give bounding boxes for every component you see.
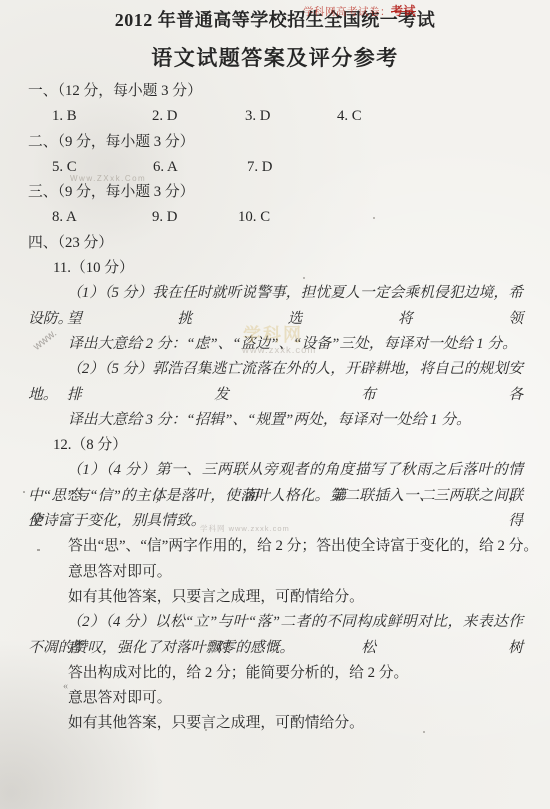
- text-line: 如有其他答案，只要言之成理，可酌情给分。: [28, 585, 523, 610]
- scanned-document-page: 2012 年普通高等学校招生全国统一考试 学科网高考试卷：考试 语文试题答案及评…: [0, 0, 550, 809]
- text-line: 11.（10 分）: [28, 256, 523, 281]
- text-line: （1）（4 分）第一、三两联从旁观者的角度描写了秋雨之后落叶的情态，而第二联: [28, 458, 523, 483]
- scan-speck: [23, 491, 25, 493]
- answer-item: 4. C: [337, 104, 362, 129]
- answer-row: 5. C6. A7. D: [28, 155, 523, 180]
- answer-key-body: 一、（12 分，每小题 3 分）1. B2. D3. D4. C二、（9 分，每…: [28, 79, 523, 737]
- text-line: 译出大意给 3 分：“招辑”、“规置”两处，每译对一处给 1 分。: [28, 408, 523, 433]
- text-line: （2）（5 分）郭浩召集逃亡流落在外的人，开辟耕地，将自己的规划安排发布各: [28, 357, 523, 382]
- text-line: 三、（9 分，每小题 3 分）: [28, 180, 523, 205]
- answer-item: 9. D: [152, 205, 177, 230]
- answer-row: 8. A9. D10. C: [28, 205, 523, 230]
- text-line: 中“思”与“信”的主体是落叶，使落叶人格化。第二联插入一、三两联之间，使得: [28, 484, 523, 509]
- answer-row: 1. B2. D3. D4. C: [28, 104, 523, 129]
- text-line: 一、（12 分，每小题 3 分）: [28, 79, 523, 104]
- answer-item: 10. C: [238, 205, 270, 230]
- text-line: 12.（8 分）: [28, 433, 523, 458]
- answer-item: 1. B: [52, 104, 77, 129]
- text-line: 答出“思”、“信”两字作用的，给 2 分；答出使全诗富于变化的，给 2 分。: [28, 534, 523, 559]
- answer-item: 5. C: [52, 155, 77, 180]
- text-line: （2）（4 分）以松“立”与叶“落”二者的不同构成鲜明对比，来表达作者对松树: [28, 610, 523, 635]
- answer-item: 8. A: [52, 205, 77, 230]
- text-line: 意思答对即可。: [28, 560, 523, 585]
- text-line: （1）（5 分）我在任时就听说警事，担忧夏人一定会乘机侵犯边境，希望挑选将领: [28, 281, 523, 306]
- answer-item: 2. D: [152, 104, 177, 129]
- answer-item: 6. A: [153, 155, 178, 180]
- text-line: 二、（9 分，每小题 3 分）: [28, 130, 523, 155]
- text-line: 四、（23 分）: [28, 231, 523, 256]
- answer-item: 7. D: [247, 155, 272, 180]
- text-line: 意思答对即可。: [28, 686, 523, 711]
- text-line: 如有其他答案，只要言之成理，可酌情给分。: [28, 711, 523, 736]
- document-title-line2: 语文试题答案及评分参考: [0, 42, 550, 72]
- text-line: 译出大意给 2 分：“虑”、“盗边”、“设备”三处，每译对一处给 1 分。: [28, 332, 523, 357]
- answer-item: 3. D: [245, 104, 270, 129]
- text-line: 答出构成对比的，给 2 分；能简要分析的，给 2 分。: [28, 661, 523, 686]
- document-title-line1: 2012 年普通高等学校招生全国统一考试: [0, 6, 550, 32]
